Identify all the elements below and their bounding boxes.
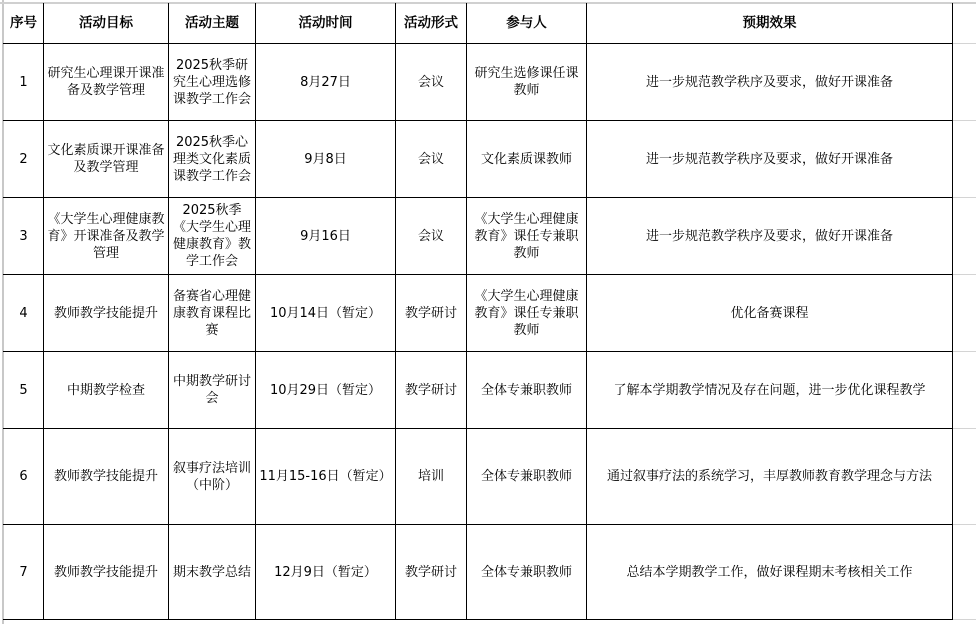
table-row: 7 教师教学技能提升 期末教学总结 12月9日（暂定） 教学研讨 全体专兼职教师… [4,525,953,620]
cell-goal[interactable]: 《大学生心理健康教育》开课准备及教学管理 [44,198,169,275]
table-row: 6 教师教学技能提升 叙事疗法培训（中阶） 11月15-16日（暂定） 培训 全… [4,429,953,525]
activity-plan-table: 序号 活动目标 活动主题 活动时间 活动形式 参与人 预期效果 1 研究生心理课… [3,3,953,620]
gridline [952,619,976,620]
cell-form[interactable]: 会议 [396,44,467,121]
cell-goal[interactable]: 文化素质课开课准备及教学管理 [44,121,169,198]
cell-form[interactable]: 教学研讨 [396,525,467,620]
cell-form[interactable]: 会议 [396,121,467,198]
cell-time[interactable]: 10月29日（暂定） [256,352,396,429]
header-cell-time[interactable]: 活动时间 [256,4,396,44]
cell-form[interactable]: 会议 [396,198,467,275]
cell-participants[interactable]: 文化素质课教师 [467,121,587,198]
cell-index[interactable]: 3 [4,198,44,275]
cell-participants[interactable]: 全体专兼职教师 [467,352,587,429]
table-row: 1 研究生心理课开课准备及教学管理 2025秋季研究生心理选修课教学工作会 8月… [4,44,953,121]
cell-effect[interactable]: 进一步规范教学秩序及要求，做好开课准备 [587,44,953,121]
cell-participants[interactable]: 研究生选修课任课教师 [467,44,587,121]
cell-time[interactable]: 9月8日 [256,121,396,198]
cell-time[interactable]: 11月15-16日（暂定） [256,429,396,525]
cell-index[interactable]: 6 [4,429,44,525]
cell-theme[interactable]: 备赛省心理健康教育课程比赛 [169,275,256,352]
table-row: 4 教师教学技能提升 备赛省心理健康教育课程比赛 10月14日（暂定） 教学研讨… [4,275,953,352]
cell-theme[interactable]: 叙事疗法培训（中阶） [169,429,256,525]
cell-theme[interactable]: 中期教学研讨会 [169,352,256,429]
cell-time[interactable]: 8月27日 [256,44,396,121]
cell-participants[interactable]: 全体专兼职教师 [467,429,587,525]
cell-time[interactable]: 9月16日 [256,198,396,275]
cell-effect[interactable]: 通过叙事疗法的系统学习，丰厚教师教育教学理念与方法 [587,429,953,525]
cell-form[interactable]: 教学研讨 [396,352,467,429]
cell-theme[interactable]: 2025秋季《大学生心理健康教育》教学工作会 [169,198,256,275]
cell-participants[interactable]: 《大学生心理健康教育》课任专兼职教师 [467,275,587,352]
cell-participants[interactable]: 《大学生心理健康教育》课任专兼职教师 [467,198,587,275]
header-cell-theme[interactable]: 活动主题 [169,4,256,44]
gridline [952,43,976,44]
cell-goal[interactable]: 教师教学技能提升 [44,525,169,620]
cell-goal[interactable]: 中期教学检查 [44,352,169,429]
cell-index[interactable]: 1 [4,44,44,121]
table-row: 5 中期教学检查 中期教学研讨会 10月29日（暂定） 教学研讨 全体专兼职教师… [4,352,953,429]
cell-theme[interactable]: 2025秋季研究生心理选修课教学工作会 [169,44,256,121]
cell-time[interactable]: 10月14日（暂定） [256,275,396,352]
cell-index[interactable]: 2 [4,121,44,198]
header-cell-participants[interactable]: 参与人 [467,4,587,44]
header-cell-effect[interactable]: 预期效果 [587,4,953,44]
cell-effect[interactable]: 总结本学期教学工作，做好课程期末考核相关工作 [587,525,953,620]
cell-index[interactable]: 7 [4,525,44,620]
header-cell-goal[interactable]: 活动目标 [44,4,169,44]
cell-theme[interactable]: 2025秋季心理类文化素质课教学工作会 [169,121,256,198]
cell-goal[interactable]: 教师教学技能提升 [44,429,169,525]
header-cell-index[interactable]: 序号 [4,4,44,44]
table-row: 3 《大学生心理健康教育》开课准备及教学管理 2025秋季《大学生心理健康教育》… [4,198,953,275]
spreadsheet-sheet: 序号 活动目标 活动主题 活动时间 活动形式 参与人 预期效果 1 研究生心理课… [0,0,976,624]
cell-index[interactable]: 5 [4,352,44,429]
cell-effect[interactable]: 进一步规范教学秩序及要求，做好开课准备 [587,121,953,198]
gridline [952,197,976,198]
cell-form[interactable]: 培训 [396,429,467,525]
cell-theme[interactable]: 期末教学总结 [169,525,256,620]
cell-form[interactable]: 教学研讨 [396,275,467,352]
gridline [952,428,976,429]
cell-index[interactable]: 4 [4,275,44,352]
header-cell-form[interactable]: 活动形式 [396,4,467,44]
cell-goal[interactable]: 教师教学技能提升 [44,275,169,352]
gridline [952,524,976,525]
cell-goal[interactable]: 研究生心理课开课准备及教学管理 [44,44,169,121]
cell-participants[interactable]: 全体专兼职教师 [467,525,587,620]
gridline [952,120,976,121]
cell-effect[interactable]: 优化备赛课程 [587,275,953,352]
header-row: 序号 活动目标 活动主题 活动时间 活动形式 参与人 预期效果 [4,4,953,44]
cell-time[interactable]: 12月9日（暂定） [256,525,396,620]
cell-effect[interactable]: 了解本学期教学情况及存在问题，进一步优化课程教学 [587,352,953,429]
table-row: 2 文化素质课开课准备及教学管理 2025秋季心理类文化素质课教学工作会 9月8… [4,121,953,198]
cell-effect[interactable]: 进一步规范教学秩序及要求，做好开课准备 [587,198,953,275]
gridline [952,351,976,352]
gridline [952,274,976,275]
